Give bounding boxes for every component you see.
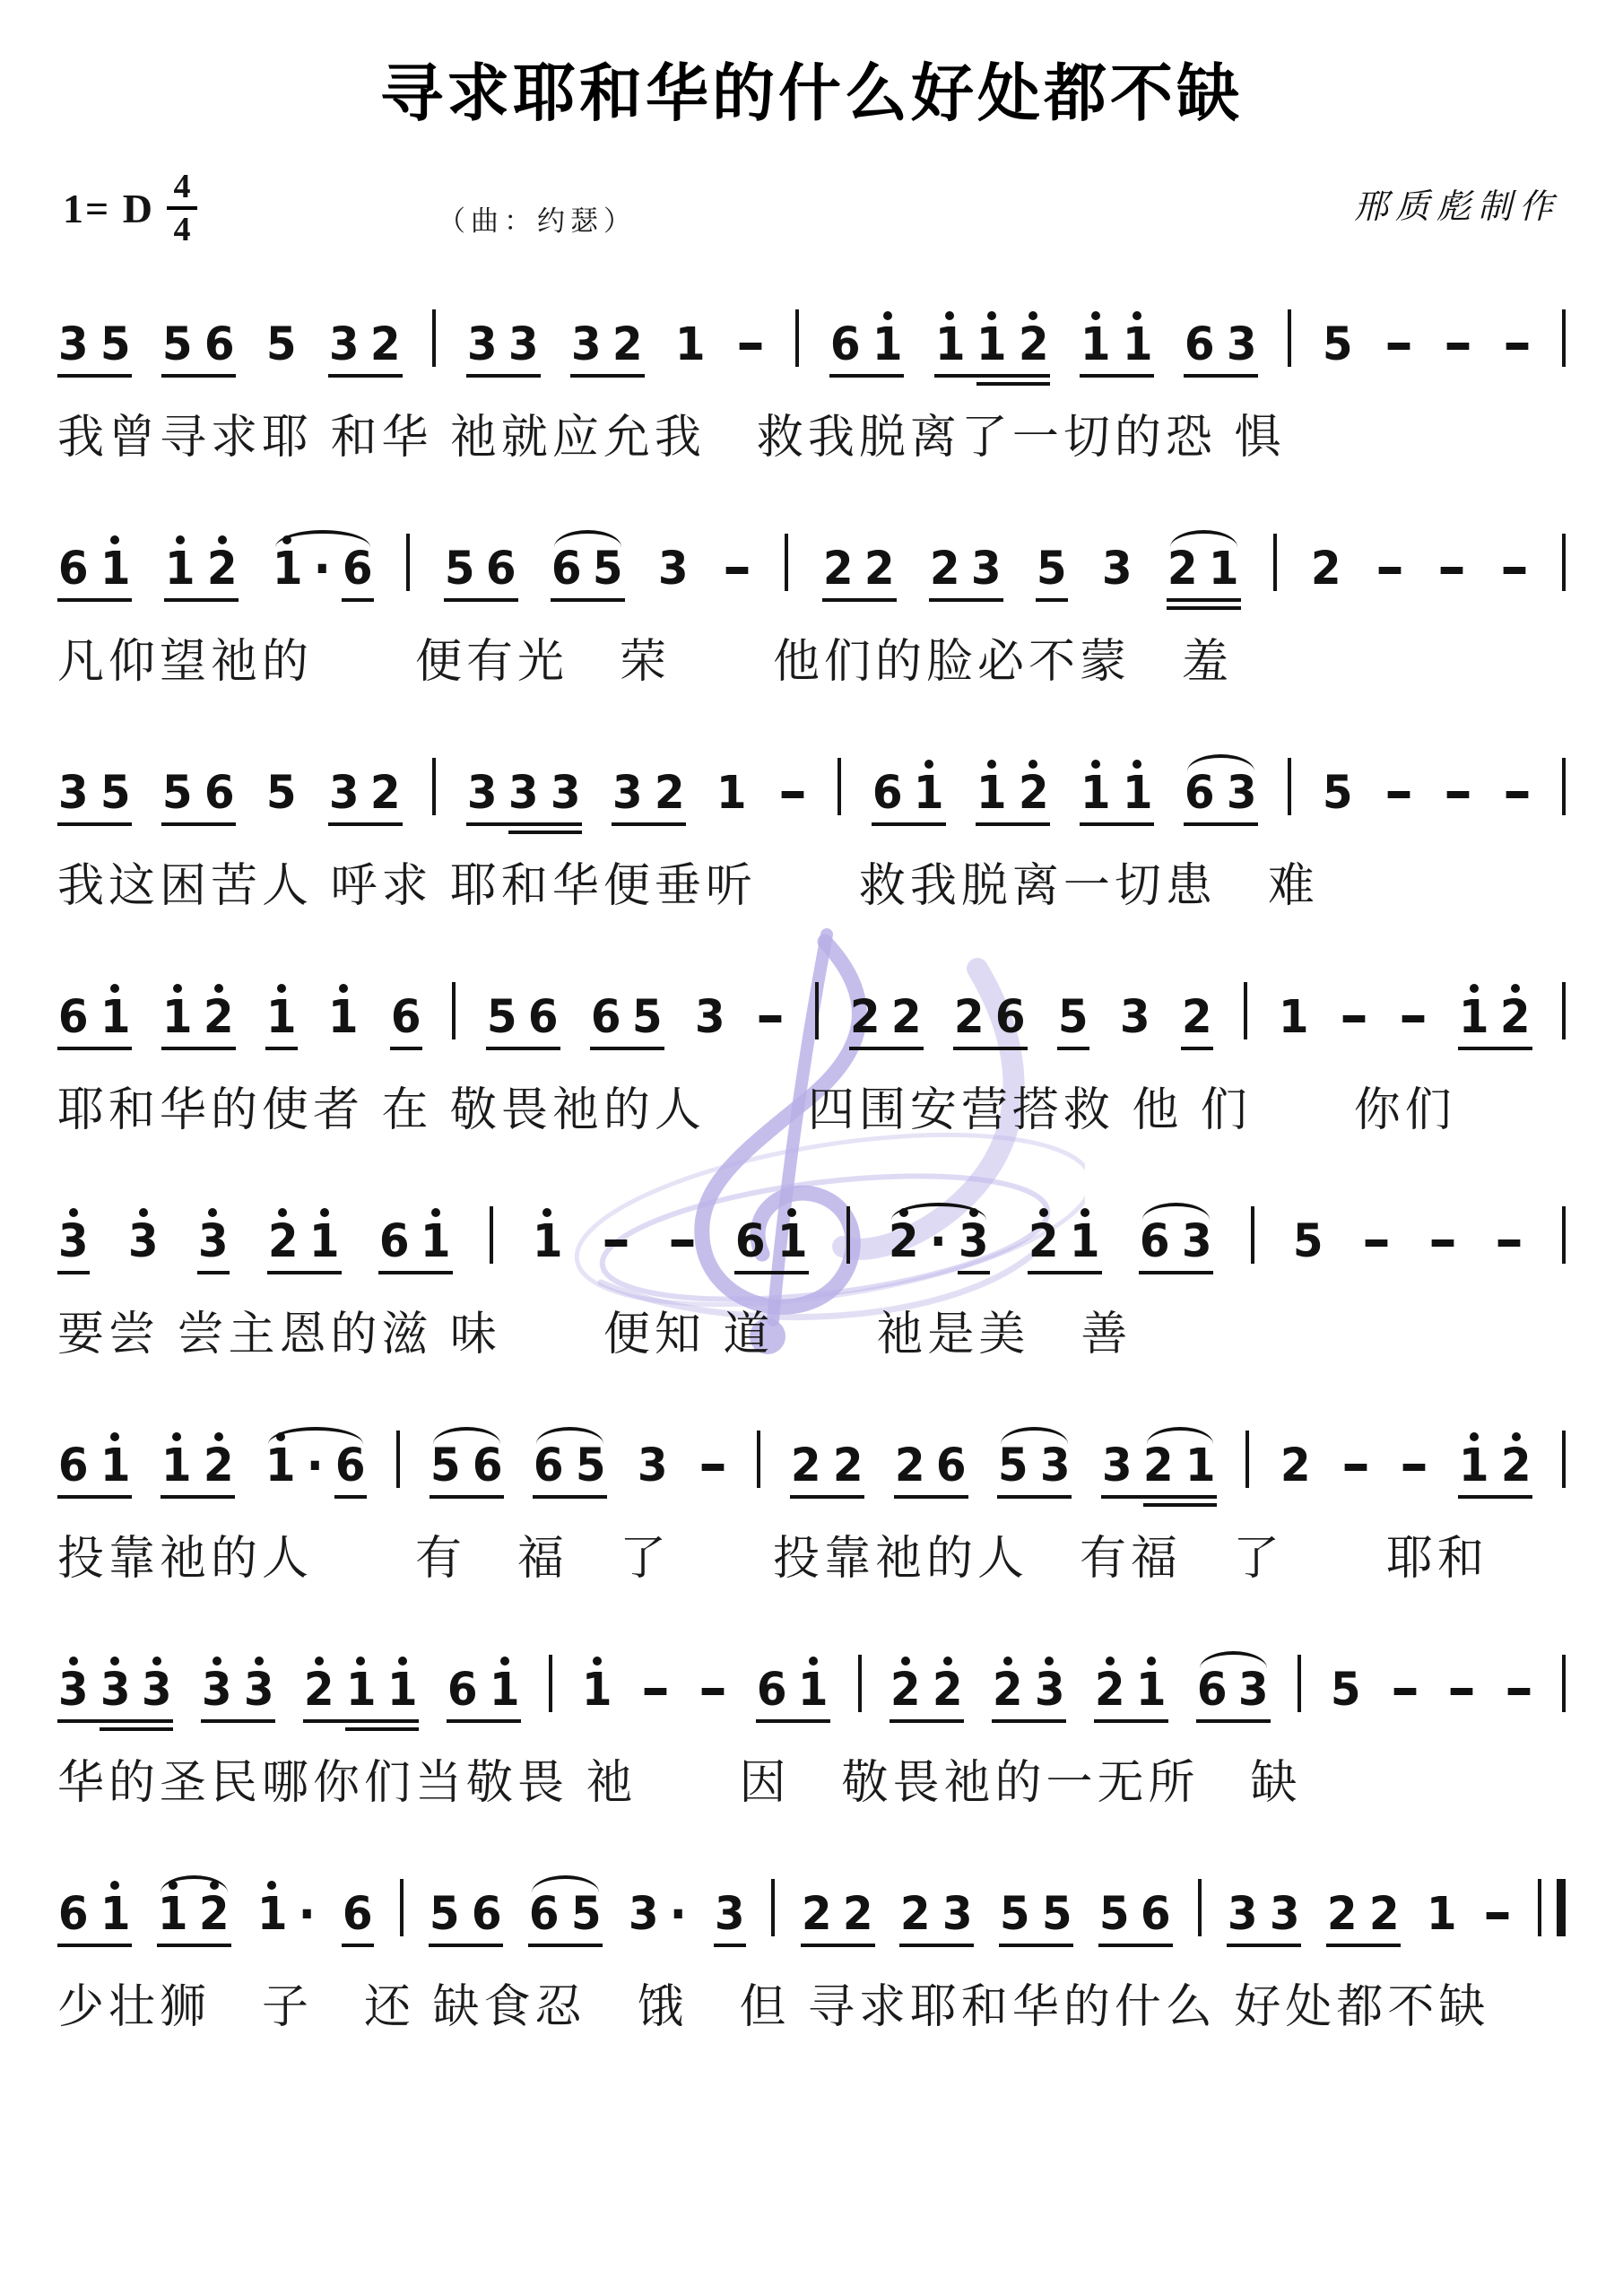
note-glyph: 1 (272, 548, 302, 591)
beat-unit: 65 (528, 1881, 602, 1960)
note-glyph: 2 (891, 996, 922, 1039)
note: 3 (694, 984, 726, 1039)
note: 3 (508, 311, 540, 367)
beat-unit: 2 (1310, 535, 1342, 614)
beat-unit (1505, 1657, 1533, 1735)
system-row: 3556532333321611211635我这困苦人 呼求 耶和华便垂听 救我… (57, 729, 1566, 915)
system-row: 61121·656653222353212凡仰望祂的 便有光 荣 他们的脸必不蒙… (57, 505, 1566, 691)
slur-arc (1142, 1203, 1210, 1224)
slur-arc (532, 1875, 599, 1897)
barline (1562, 758, 1566, 815)
beat-unit: 61 (57, 984, 131, 1063)
beam-line (899, 1944, 974, 1947)
note-glyph: 2 (267, 1221, 298, 1264)
note-glyph: 5 (1041, 1893, 1072, 1936)
note: 3 (942, 1881, 974, 1936)
beat-unit: 1 (1426, 1881, 1458, 1960)
barline (1562, 982, 1566, 1039)
note: 2 (1368, 1881, 1401, 1936)
beat-unit: 5 (265, 311, 298, 390)
note-glyph: 2 (850, 996, 881, 1039)
fraction-bar (167, 206, 197, 210)
note-glyph (1498, 1239, 1521, 1247)
beat-unit: 1·6 (272, 535, 374, 614)
barline (1288, 758, 1291, 815)
note-glyph (702, 1688, 725, 1695)
beat-unit: 33 (1227, 1881, 1300, 1960)
beat-unit (1444, 311, 1472, 390)
beat-unit: 65 (551, 535, 624, 614)
note-glyph: 6 (1141, 1893, 1171, 1936)
note-glyph: 1 (533, 1221, 563, 1264)
note-glyph: 5 (570, 1893, 601, 1936)
note-glyph (1441, 567, 1463, 574)
slur-arc (1200, 1651, 1267, 1673)
note-glyph: 3 (1040, 1445, 1071, 1488)
beat-unit (641, 1657, 670, 1735)
note: 2 (1500, 1432, 1532, 1488)
beat-unit (602, 1208, 630, 1287)
note-glyph: 6 (342, 548, 372, 591)
beat-unit: 1 (581, 1657, 613, 1735)
note: 2 (1018, 760, 1050, 815)
note: 2 (1028, 1208, 1060, 1264)
notation-row: 3556532333216111211635 (57, 281, 1566, 390)
beam-line (161, 1047, 236, 1050)
beam-line (164, 598, 239, 602)
note: 2 (1499, 984, 1532, 1039)
note-glyph: 5 (162, 772, 193, 815)
note-glyph (1503, 567, 1525, 574)
note: 3 (1034, 1657, 1066, 1712)
note-glyph: 1 (1122, 324, 1152, 367)
beat-unit: 33 (466, 311, 540, 390)
note-glyph: 1 (266, 996, 297, 1039)
note-glyph: 1 (328, 996, 359, 1039)
note: 6 (57, 1432, 90, 1488)
barline (757, 1431, 760, 1488)
note-glyph: 1 (1459, 996, 1489, 1039)
note-glyph: 5 (1037, 548, 1067, 591)
note-glyph: 2 (791, 1445, 821, 1488)
note-glyph (1365, 1239, 1387, 1247)
beat-unit: 21 (1028, 1208, 1101, 1287)
note-glyph (1387, 343, 1410, 350)
note: 5 (999, 1881, 1031, 1936)
note: 3 (714, 1881, 746, 1936)
note-glyph: 3 (467, 324, 498, 367)
barline (1245, 1431, 1249, 1488)
note: 3 (508, 760, 540, 815)
note: 5 (1322, 311, 1354, 367)
note-glyph: 6 (472, 1893, 502, 1936)
beat-unit: 2·3 (888, 1208, 990, 1287)
note-glyph: 6 (872, 772, 903, 815)
slur-arc (1170, 530, 1237, 552)
beat-unit: 55 (999, 1881, 1072, 1960)
note: 6 (935, 1432, 968, 1488)
note-glyph: 1 (798, 1669, 829, 1712)
note-glyph: 6 (529, 1893, 560, 1936)
note-glyph: 3 (629, 1893, 659, 1936)
note: 5 (1057, 984, 1089, 1039)
rest-dash (668, 1208, 697, 1264)
rest-dash (1341, 1432, 1370, 1488)
beat-unit: 32 (328, 760, 402, 839)
note-glyph: 3 (100, 1669, 130, 1712)
note: 2 (992, 1657, 1024, 1712)
note-glyph: · (314, 548, 331, 591)
note: 1 (934, 311, 967, 367)
slur-arc (536, 1427, 603, 1448)
beat-unit: 63 (1139, 1208, 1212, 1287)
note: 1 (161, 984, 194, 1039)
beam-line (756, 1719, 830, 1723)
note: 3 (57, 311, 90, 367)
note: 1 (913, 760, 945, 815)
beat-unit: 2 (1181, 984, 1213, 1063)
note: 6 (590, 984, 622, 1039)
note: 1 (1458, 1432, 1490, 1488)
beam-line (872, 822, 946, 826)
note: 6 (734, 1208, 767, 1264)
notation-row: 33321611612·321635 (57, 1178, 1566, 1287)
note-glyph: 3 (1102, 548, 1133, 591)
beat-unit: 5 (265, 760, 298, 839)
note-glyph: 2 (890, 1669, 921, 1712)
rest-dash (723, 535, 751, 591)
rest-dash (699, 1432, 727, 1488)
note: 3 (1101, 1432, 1133, 1488)
note-glyph: 5 (100, 772, 130, 815)
note-glyph: 5 (1099, 1893, 1130, 1936)
note: 1 (100, 1432, 132, 1488)
slur-arc (275, 530, 370, 552)
note-glyph (1402, 1015, 1425, 1022)
notation-row: 3556532333321611211635 (57, 729, 1566, 839)
beat-unit (1362, 1208, 1391, 1287)
note: 1 (265, 984, 298, 1039)
note-glyph (1506, 791, 1528, 798)
note-glyph: 2 (204, 1445, 234, 1488)
beat-unit: 32 (570, 311, 644, 390)
barline (1273, 534, 1277, 591)
beat-unit: 35 (57, 311, 131, 390)
beat-unit (1384, 311, 1413, 390)
note-glyph: 2 (1368, 1893, 1399, 1936)
barline (452, 982, 456, 1039)
note-glyph: 1 (490, 1669, 520, 1712)
note: 5 (100, 311, 132, 367)
beat-unit: 5 (1322, 760, 1354, 839)
note: 1 (386, 1657, 419, 1712)
note-glyph: 3 (58, 1669, 89, 1712)
note: 5 (429, 1881, 461, 1936)
beam-line (1143, 1503, 1217, 1507)
beat-unit: 11 (1080, 760, 1153, 839)
music-lines: 3556532333216111211635我曾寻求耶 和华 祂就应允我 救我脱… (57, 281, 1566, 2036)
barline (396, 1431, 400, 1488)
system-row: 61121·656653·32223555633221少壮狮 子 还 缺食忍 饿… (57, 1850, 1566, 2036)
barline (846, 1206, 850, 1264)
note-glyph: 2 (895, 1445, 925, 1488)
note-glyph: 1 (1209, 548, 1239, 591)
rest-dash (641, 1657, 670, 1712)
note-glyph: 1 (345, 1669, 376, 1712)
note-glyph: 1 (1122, 772, 1152, 815)
note-glyph (1508, 1688, 1531, 1695)
note: 1 (976, 760, 1008, 815)
note-glyph: 1 (1459, 1445, 1489, 1488)
note: 2 (1310, 535, 1342, 591)
note: 2 (1094, 1657, 1126, 1712)
note: 3 (657, 535, 690, 591)
note-glyph (701, 1464, 724, 1471)
beat-unit: 5 (1322, 311, 1354, 390)
note: 5 (1292, 1208, 1324, 1264)
song-title: 寻求耶和华的什么好处都不缺 (57, 43, 1566, 134)
note-glyph (672, 1239, 694, 1247)
note-glyph: 3 (329, 324, 360, 367)
beam-line (57, 1944, 132, 1947)
note: 6 (471, 1881, 503, 1936)
beat-unit (1503, 311, 1532, 390)
beat-unit: 65 (533, 1432, 606, 1511)
beat-unit: 3 (714, 1881, 746, 1960)
note-glyph: 2 (933, 1669, 963, 1712)
note-glyph: 5 (1323, 772, 1353, 815)
note: 3 (141, 1657, 173, 1712)
beat-unit: 5 (1057, 984, 1089, 1063)
beat-unit: 63 (1184, 760, 1257, 839)
beam-line (334, 1495, 367, 1499)
note: 2 (203, 1432, 235, 1488)
beam-line (1057, 1047, 1089, 1050)
beat-unit: 56 (444, 535, 517, 614)
beat-unit (756, 984, 785, 1063)
note-glyph (1446, 791, 1469, 798)
note-glyph: 6 (1185, 772, 1215, 815)
beam-line (1080, 822, 1154, 826)
note: 2 (1018, 311, 1050, 367)
beat-unit: 1 (716, 760, 748, 839)
slur-arc (891, 1203, 986, 1224)
note-glyph: 6 (204, 772, 234, 815)
note-glyph (1387, 791, 1410, 798)
notation-row: 61121·656653222353212 (57, 505, 1566, 614)
beam-line (1028, 1271, 1102, 1274)
note-glyph: 1 (1136, 1669, 1167, 1712)
beat-unit: 26 (894, 1432, 968, 1511)
barline (1288, 309, 1291, 367)
note-glyph: 2 (1018, 324, 1048, 367)
note: 5 (1041, 1881, 1073, 1936)
note-glyph: 5 (1331, 1669, 1361, 1712)
note: 5 (444, 535, 476, 591)
note-glyph: 1 (872, 324, 903, 367)
note: 3 (328, 311, 360, 367)
key-signature: 1= D 4 4 (63, 170, 197, 247)
note-glyph: 1 (1070, 1221, 1100, 1264)
note-glyph: 1 (158, 1893, 188, 1936)
note: 1 (716, 760, 748, 815)
barline (771, 1879, 775, 1936)
note: 5 (1330, 1657, 1362, 1712)
dot-note: · (298, 1881, 317, 1936)
beam-line (849, 1047, 924, 1050)
note-glyph (1403, 1464, 1426, 1471)
rest-dash (756, 984, 785, 1039)
beat-unit: 56 (161, 760, 235, 839)
note-glyph: 2 (833, 1445, 864, 1488)
note: 2 (890, 1657, 922, 1712)
note: 2 (894, 1432, 926, 1488)
notation-row: 61121·656653·32223555633221 (57, 1850, 1566, 1960)
note-glyph: 5 (1293, 1221, 1324, 1264)
note-glyph: 3 (551, 772, 581, 815)
note-glyph: 6 (486, 548, 516, 591)
beat-unit: 21 (1167, 535, 1240, 614)
note-glyph: 1 (165, 548, 195, 591)
beam-line (999, 1944, 1073, 1947)
beat-unit: 22 (849, 984, 923, 1063)
barline (1198, 1879, 1202, 1936)
note-glyph: 6 (830, 324, 861, 367)
note: 1 (161, 1432, 193, 1488)
barline (432, 309, 436, 367)
note: 3 (612, 760, 644, 815)
beam-line (1167, 598, 1241, 602)
note: 5 (265, 760, 298, 815)
note-glyph: 2 (1280, 1445, 1311, 1488)
note-glyph: 5 (576, 1445, 606, 1488)
beat-unit: 12 (157, 1881, 230, 1960)
beam-line (829, 374, 904, 378)
beat-unit (1428, 1208, 1457, 1287)
note: 2 (369, 760, 402, 815)
note-glyph: 3 (329, 772, 360, 815)
beat-unit: 112 (934, 311, 1050, 390)
note-glyph: 1 (777, 1221, 808, 1264)
beam-line (100, 1727, 173, 1731)
note: 3 (1269, 1881, 1301, 1936)
note-glyph: 3 (58, 772, 89, 815)
note-glyph: 3 (971, 548, 1002, 591)
beam-line (57, 1719, 173, 1723)
note-glyph: 6 (551, 548, 582, 591)
note-glyph: 3 (658, 548, 689, 591)
time-signature: 4 4 (167, 170, 197, 247)
note-glyph: 6 (335, 1445, 366, 1488)
note: 3 (57, 760, 90, 815)
beam-line (342, 598, 374, 602)
time-bottom: 4 (173, 213, 190, 247)
note: 1 (674, 311, 707, 367)
beam-line (57, 822, 132, 826)
beam-line (444, 598, 518, 602)
barline (490, 1206, 493, 1264)
note: 2 (267, 1208, 299, 1264)
note-glyph: 1 (1427, 1893, 1457, 1936)
beam-line (328, 374, 403, 378)
beam-line (1080, 374, 1154, 378)
system-row: 61121·656653222653321212投靠祂的人 有 福 了 投靠祂的… (57, 1402, 1566, 1587)
beam-line (1139, 1271, 1213, 1274)
note: 1 (581, 1657, 613, 1712)
time-top: 4 (173, 170, 190, 204)
note-glyph: 3 (1238, 1669, 1269, 1712)
beam-line (1036, 598, 1068, 602)
barline (400, 1879, 404, 1936)
beam-line (992, 1719, 1066, 1723)
note: 2 (1181, 984, 1213, 1039)
rest-dash (1400, 1432, 1428, 1488)
beat-unit (1444, 760, 1472, 839)
note-glyph: 1 (309, 1221, 340, 1264)
note-glyph: · (930, 1221, 947, 1264)
slur-arc (1187, 754, 1254, 776)
note-glyph (1506, 343, 1528, 350)
note: 1 (976, 311, 1008, 367)
note-glyph: 3 (612, 772, 643, 815)
note-glyph: 6 (1197, 1669, 1228, 1712)
beam-line (551, 598, 625, 602)
note-glyph: 6 (534, 1445, 564, 1488)
barline (838, 758, 841, 815)
note: 1 (872, 311, 904, 367)
beam-line (1098, 1944, 1173, 1947)
beat-unit: 53 (997, 1432, 1071, 1511)
note: 6 (57, 535, 90, 591)
rest-dash (1340, 984, 1368, 1039)
note-glyph: 3 (1228, 1893, 1258, 1936)
note-glyph: 3 (508, 772, 539, 815)
note-glyph (1379, 567, 1402, 574)
beam-line (934, 374, 1050, 378)
beat-unit: 12 (1458, 984, 1532, 1063)
note-glyph: 1 (1081, 772, 1111, 815)
barline (1562, 1431, 1566, 1488)
note-glyph: 1 (675, 324, 706, 367)
lyrics-row: 要尝 尝主恩的滋 味 便知 道 祂是美 善 (57, 1296, 1566, 1363)
content: 寻求耶和华的什么好处都不缺 1= D 4 4 （曲：约瑟） 邢质彪制作 3556… (0, 0, 1623, 2036)
note-glyph: 2 (207, 548, 238, 591)
note: 3 (1226, 311, 1258, 367)
sheet-music-page: 寻求耶和华的什么好处都不缺 1= D 4 4 （曲：约瑟） 邢质彪制作 3556… (0, 0, 1623, 2296)
beam-line (466, 374, 541, 378)
rest-dash (1444, 760, 1472, 815)
system-row: 6112116566532226532112耶和华的使者 在 敬畏祂的人 四围安… (57, 953, 1566, 1139)
beam-line (508, 831, 582, 834)
beam-line (976, 382, 1050, 386)
note-glyph: 6 (591, 996, 621, 1039)
note-glyph: 1 (162, 996, 193, 1039)
note-glyph: 5 (998, 1445, 1028, 1488)
note-glyph: 1 (1279, 996, 1309, 1039)
beam-line (822, 598, 897, 602)
note: 1 (1426, 1881, 1458, 1936)
barline (858, 1655, 862, 1712)
note-glyph: 5 (1323, 324, 1353, 367)
note: 6 (57, 984, 90, 1039)
note: 3 (550, 760, 582, 815)
note-glyph (1393, 1688, 1416, 1695)
beat-unit: 1 (674, 311, 707, 390)
beam-line (570, 374, 645, 378)
rest-dash (1500, 535, 1529, 591)
beat-unit: 3 (127, 1208, 160, 1287)
rest-dash (1444, 311, 1472, 367)
